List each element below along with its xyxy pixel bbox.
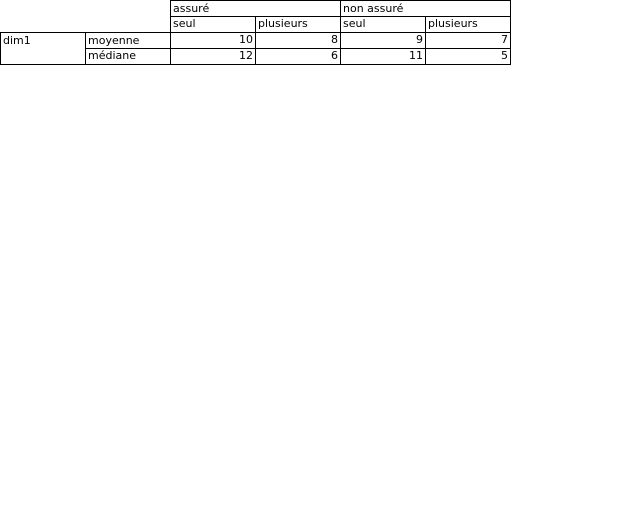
sub-header-plusieurs-non-assure: plusieurs [425,16,511,33]
sub-header-seul-assure: seul [170,16,255,33]
sub-header-seul-non-assure: seul [340,16,425,33]
table-cell: 11 [340,48,425,65]
table-cell: 5 [425,48,511,65]
table-cell: 8 [255,32,340,49]
table-cell: 9 [340,32,425,49]
table-cell: 6 [255,48,340,65]
group-header-non-assure: non assuré [340,0,511,17]
sub-header-plusieurs-assure: plusieurs [255,16,340,33]
row-group-label: dim1 [0,32,85,65]
row-label-mediane: médiane [85,48,170,65]
row-label-moyenne: moyenne [85,32,170,49]
table-cell: 7 [425,32,511,49]
table-cell: 10 [170,32,255,49]
group-header-assure: assuré [170,0,340,17]
table-cell: 12 [170,48,255,65]
